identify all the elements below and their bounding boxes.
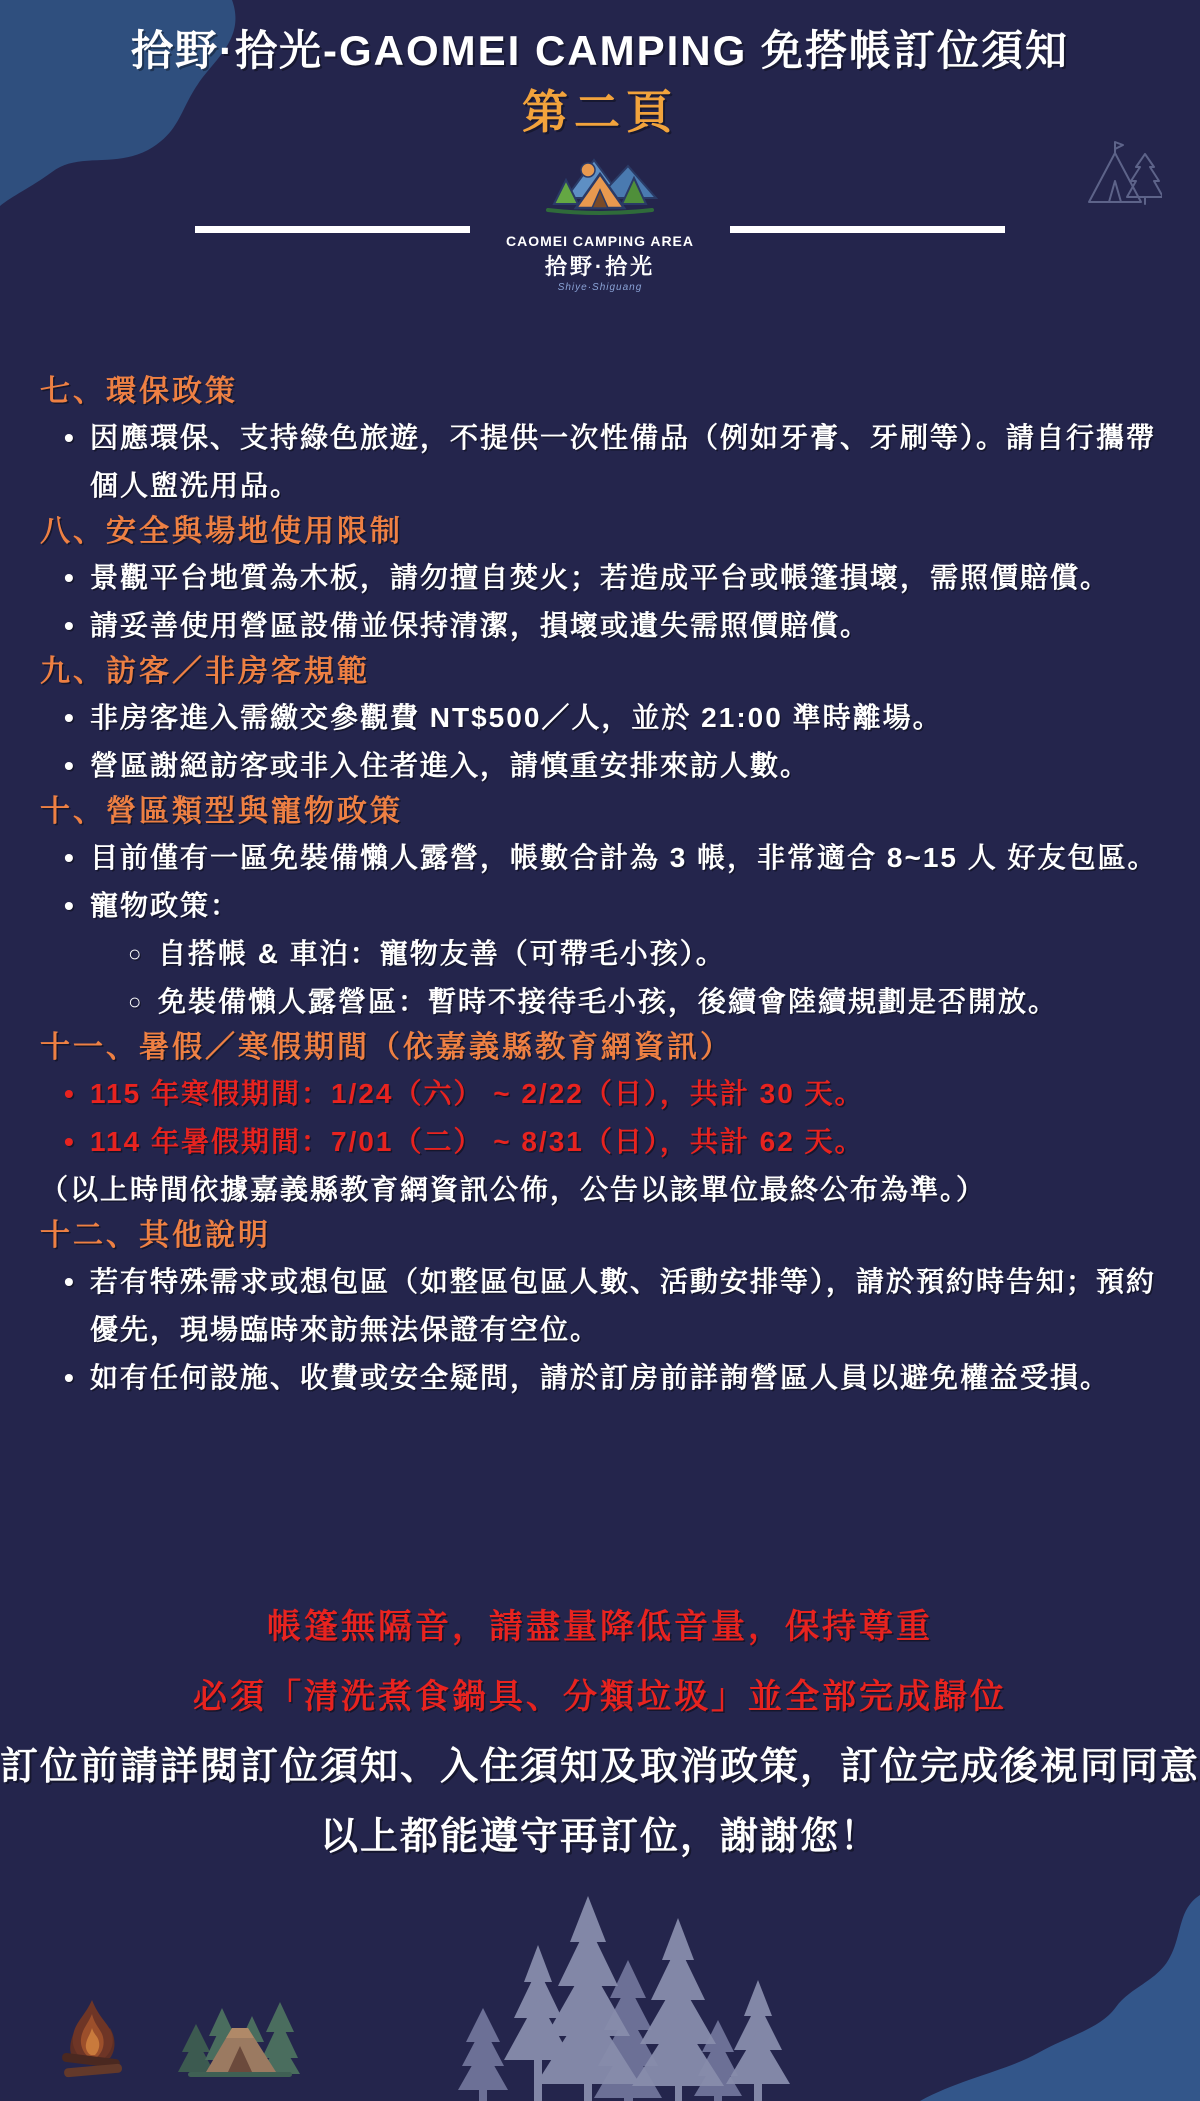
- list-item: 如有任何設施、收費或安全疑問，請於訂房前詳詢營區人員以避免權益受損。: [40, 1354, 1162, 1402]
- list-item-summer-break: 114 年暑假期間：7/01（二） ~ 8/31（日），共計 62 天。: [40, 1118, 1162, 1166]
- campfire-icon: [56, 1998, 128, 2083]
- footer-reminders: 帳篷無隔音，請盡量降低音量，保持尊重 必須「清洗煮食鍋具、分類垃圾」並全部完成歸…: [0, 1592, 1200, 1872]
- divider-bar-left: [195, 226, 470, 233]
- list-item: 目前僅有一區免裝備懶人露營，帳數合計為 3 帳，非常適合 8~15 人 好友包區…: [40, 834, 1162, 882]
- list-item: 營區謝絕訪客或非入住者進入，請慎重安排來訪人數。: [40, 742, 1162, 790]
- sub-list-item: 免裝備懶人露營區：暫時不接待毛小孩，後續會陸續規劃是否開放。: [40, 978, 1162, 1026]
- logo-cjk-text: 拾野·拾光: [490, 250, 710, 281]
- quiet-hours-warning: 帳篷無隔音，請盡量降低音量，保持尊重: [0, 1592, 1200, 1662]
- logo: CAOMEI CAMPING AREA 拾野·拾光 Shiye·Shiguang: [490, 146, 710, 293]
- schedule-disclaimer: （以上時間依據嘉義縣教育網資訊公佈，公告以該單位最終公布為準。）: [40, 1166, 1162, 1214]
- camping-notice-poster: 拾野·拾光-GAOMEI CAMPING 免搭帳訂位須知 第二頁 CAOMEI …: [0, 0, 1200, 2101]
- cleanup-warning: 必須「清洗煮食鍋具、分類垃圾」並全部完成歸位: [0, 1662, 1200, 1732]
- pine-forest-silhouette-icon: [388, 1890, 838, 2101]
- agreement-statement-line2: 以上都能遵守再訂位，謝謝您！: [0, 1802, 1200, 1872]
- section-12-heading: 十二、其他說明: [40, 1214, 1162, 1258]
- sub-list-item: 自搭帳 & 車泊：寵物友善（可帶毛小孩）。: [40, 930, 1162, 978]
- section-7-heading: 七、環保政策: [40, 370, 1162, 414]
- corner-blob-bottom-right: [920, 1895, 1200, 2101]
- section-8-heading: 八、安全與場地使用限制: [40, 510, 1162, 554]
- tent-with-trees-icon: [176, 2000, 304, 2082]
- section-9-heading: 九、訪客／非房客規範: [40, 650, 1162, 694]
- section-11-heading: 十一、暑假／寒假期間（依嘉義縣教育網資訊）: [40, 1026, 1162, 1070]
- list-item: 若有特殊需求或想包區（如整區包區人數、活動安排等），請於預約時告知；預約優先，現…: [40, 1258, 1162, 1354]
- logo-romanized-text: Shiye·Shiguang: [490, 282, 710, 293]
- page-title: 拾野·拾光-GAOMEI CAMPING 免搭帳訂位須知: [0, 22, 1200, 80]
- list-item: 景觀平台地質為木板，請勿擅自焚火；若造成平台或帳篷損壞，需照價賠償。: [40, 554, 1162, 602]
- header: 拾野·拾光-GAOMEI CAMPING 免搭帳訂位須知 第二頁: [0, 22, 1200, 140]
- logo-name-text: CAOMEI CAMPING AREA: [490, 233, 710, 249]
- list-item-winter-break: 115 年寒假期間：1/24（六） ~ 2/22（日），共計 30 天。: [40, 1070, 1162, 1118]
- page-number-title: 第二頁: [0, 84, 1200, 140]
- list-item: 非房客進入需繳交參觀費 NT$500／人，並於 21:00 準時離場。: [40, 694, 1162, 742]
- list-item: 因應環保、支持綠色旅遊，不提供一次性備品（例如牙膏、牙刷等）。請自行攜帶個人盥洗…: [40, 414, 1162, 510]
- mountain-tent-logo-icon: [536, 146, 664, 226]
- notice-body: 七、環保政策 因應環保、支持綠色旅遊，不提供一次性備品（例如牙膏、牙刷等）。請自…: [40, 370, 1162, 1402]
- list-item: 請妥善使用營區設備並保持清潔，損壞或遺失需照價賠償。: [40, 602, 1162, 650]
- tent-outline-icon: [1082, 136, 1162, 210]
- list-item: 寵物政策：: [40, 882, 1162, 930]
- divider-bar-right: [730, 226, 1005, 233]
- agreement-statement-line1: 訂位前請詳閱訂位須知、入住須知及取消政策，訂位完成後視同同意: [0, 1732, 1200, 1802]
- section-10-heading: 十、營區類型與寵物政策: [40, 790, 1162, 834]
